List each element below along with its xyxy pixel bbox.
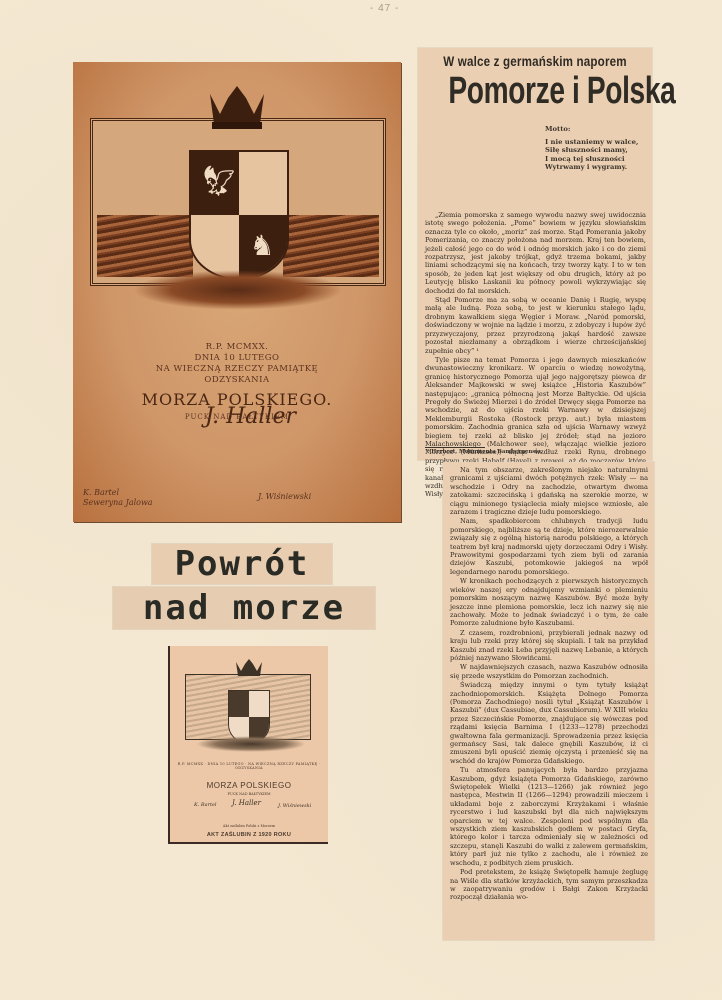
paragraph: Na tym obszarze, zakreślonym niejako nat… [450,466,648,516]
paragraph: Z czasem, rozdrobnioni, przybierali jedn… [450,629,648,663]
paragraph: Nam, spadkobiercom chlubnych tradycji lu… [450,517,648,576]
scroll-ornament-icon [133,270,343,310]
article-kicker: W walce z germańskim naporem [434,54,635,69]
paragraph: W najdawniejszych czasach, nazwa Kaszubó… [450,663,648,680]
eagle-icon: 🦅︎ [200,162,232,202]
paragraph: Pod pretekstem, że książę Świętopełk ham… [450,868,648,902]
crown-icon [234,658,264,678]
article-title: Pomorze i Polska [448,71,621,111]
paragraph: Tu atmosfera panujących była bardzo przy… [450,766,648,867]
article-clipping-top: W walce z germańskim naporem Pomorze i P… [418,48,652,460]
paragraph: Świadczą między innymi o tym tytuły ksią… [450,681,648,765]
article-footnote: ¹ Herbort, Monumenta Bambergensia. [427,449,543,455]
page-number: - 47 - [370,3,399,14]
footnote-divider [425,447,485,448]
signature-left: K. Bartel Seweryna Jalowa [83,488,153,508]
sea-waves-icon [283,215,379,277]
certificate-photo-large: 🦅︎ ♞ R.P. MCMXX. DNIA 10 LUTEGO NA WIECZ… [73,62,401,522]
article-body-column: Na tym obszarze, zakreślonym niejako nat… [450,466,648,903]
certificate-title: MORZA POLSKIEGO [170,781,328,790]
sea-waves-icon [97,215,193,277]
headline-powrot: Powrót [152,544,332,584]
scroll-ornament-icon [196,736,306,752]
article-body-top: „Ziemia pomorska z samego wywodu nazwy s… [425,211,646,500]
headline-nad-morze: nad morze [113,587,375,629]
signature-haller: J. Haller [205,404,296,429]
certificate-caption: AKT ZAŚLUBIN Z 1920 ROKU [170,832,328,838]
signature-right: J. Wiśniewski [258,492,311,502]
crown-icon [206,84,268,130]
paragraph: Stąd Pomorze ma za sobą w oceanie Danię … [425,296,646,355]
paragraph: W kronikach pochodzących z pierwszych hi… [450,577,648,627]
article-clipping-column: Na tym obszarze, zakreślonym niejako nat… [443,462,654,940]
paragraph: „Ziemia pomorska z samego wywodu nazwy s… [425,211,646,295]
coat-of-arms: 🦅︎ ♞ [189,150,289,280]
certificate-clipping-small: R.P. MCMXX · DNIA 10 LUTEGO · NA WIECZNĄ… [168,646,328,844]
griffin-icon: ♞ [246,226,278,266]
article-motto: Motto: I nie ustaniemy w walce, Siłę słu… [545,125,652,171]
